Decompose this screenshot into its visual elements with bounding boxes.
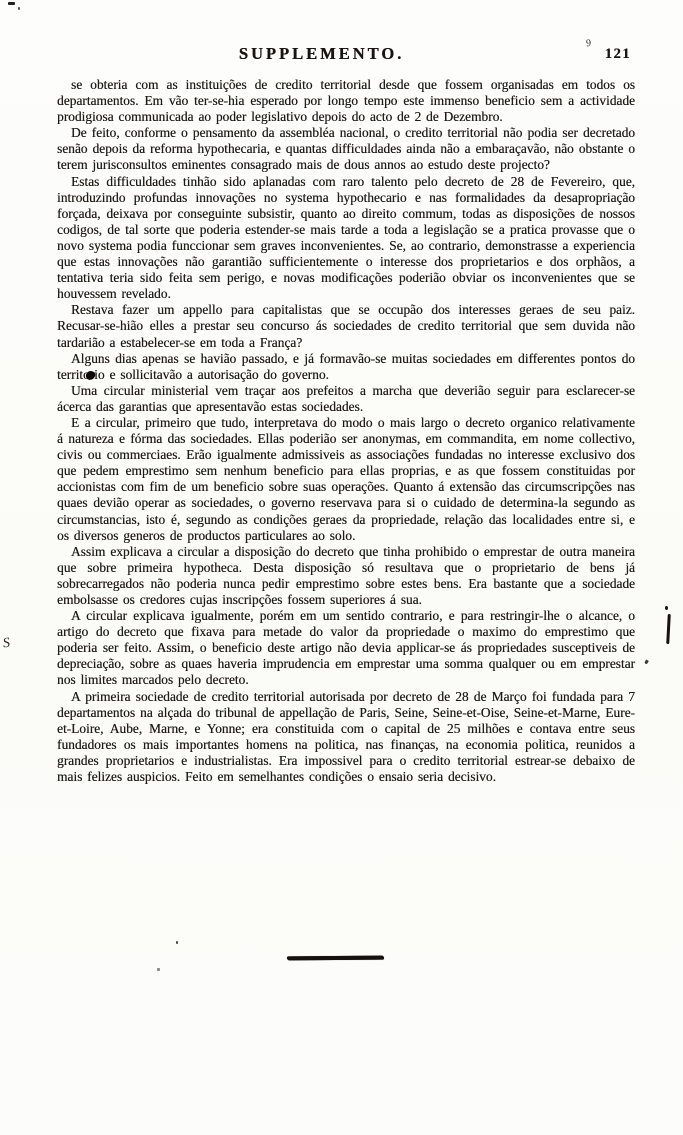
body-text-column: se obteria com as instituições de credit… [57, 77, 635, 785]
scan-speck [157, 968, 160, 971]
paragraph: De feito, conforme o pensamento da assem… [57, 125, 635, 173]
paragraph: Alguns dias apenas se havião passado, e … [57, 351, 635, 383]
right-margin-pen-dot [665, 606, 668, 610]
paragraph: Estas difficuldades tinhão sido aplanada… [57, 174, 635, 303]
paragraph: Uma circular ministerial vem traçar aos … [57, 383, 635, 415]
right-margin-pen-stroke [666, 614, 670, 644]
paragraph: A circular explicava igualmente, porém e… [57, 608, 635, 688]
scan-speck [8, 2, 15, 5]
paragraph: A primeira sociedade de credito territor… [57, 689, 635, 786]
paragraph: Restava fazer um appello para capitalist… [57, 302, 635, 350]
scan-speck [644, 660, 649, 665]
scan-speck [176, 941, 178, 944]
paragraph: se obteria com as instituições de credit… [57, 77, 635, 125]
document-page: SUPPLEMENTO. 9 121 se obteria com as ins… [0, 0, 683, 1135]
running-header: SUPPLEMENTO. 9 121 [0, 44, 683, 66]
page-title: SUPPLEMENTO. [0, 44, 643, 64]
paragraph: E a circular, primeiro que tudo, interpr… [57, 415, 635, 544]
handwritten-flourish-mark: 9 [585, 38, 592, 50]
section-divider-rule [287, 956, 384, 961]
paragraph: Assim explicava a circular a disposição … [57, 544, 635, 608]
margin-pen-mark: S [2, 636, 11, 653]
page-number: 121 [605, 46, 631, 63]
scan-speck [18, 7, 20, 10]
